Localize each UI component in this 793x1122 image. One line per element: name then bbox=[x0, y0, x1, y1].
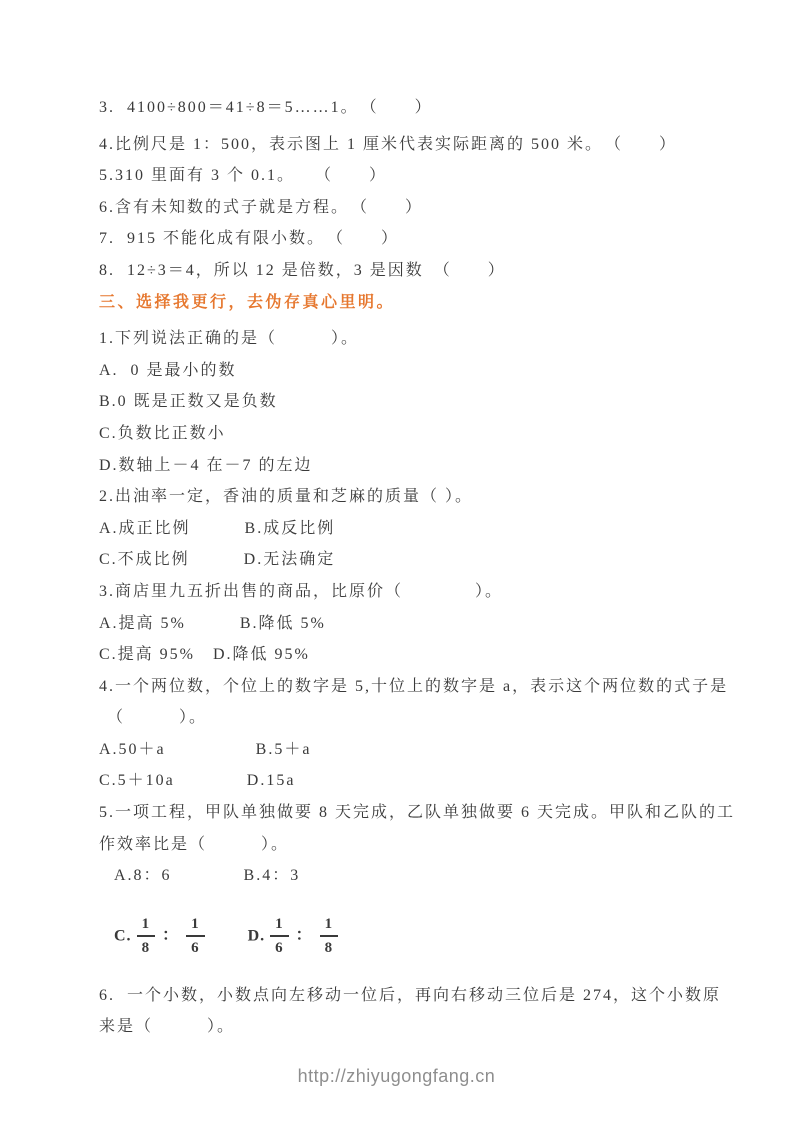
truefalse-item-4: 4.比例尺是 1：500，表示图上 1 厘米代表实际距离的 500 米。 （ ） bbox=[99, 129, 724, 161]
q1-stem: 1.下列说法正确的是（ ）。 bbox=[99, 323, 724, 355]
fraction-numerator: 1 bbox=[137, 915, 156, 937]
footer-url: http://zhiyugongfang.cn bbox=[0, 1066, 793, 1087]
fraction-numerator: 1 bbox=[270, 915, 289, 937]
q5-option-d-label: D. bbox=[248, 927, 266, 944]
q1-option-b: B.0 既是正数又是负数 bbox=[99, 386, 724, 418]
q1-option-a: A. 0 是最小的数 bbox=[99, 355, 724, 387]
q2-options-ab: A.成正比例 B.成反比例 bbox=[99, 513, 724, 545]
q1-option-c: C.负数比正数小 bbox=[99, 418, 724, 450]
fraction-d-second: 18 bbox=[320, 915, 339, 958]
q6-stem-line1: 6. 一个小数，小数点向左移动一位后，再向右移动三位后是 274，这个小数原 bbox=[99, 980, 724, 1012]
fraction-denominator: 6 bbox=[270, 937, 289, 958]
q4-stem-line1: 4.一个两位数，个位上的数字是 5,十位上的数字是 a，表示这个两位数的式子是 bbox=[99, 671, 724, 703]
q2-options-cd: C.不成比例 D.无法确定 bbox=[99, 544, 724, 576]
q5-stem-line1: 5.一项工程，甲队单独做要 8 天完成，乙队单独做要 6 天完成。甲队和乙队的工 bbox=[99, 797, 724, 829]
worksheet-content: 3. 4100÷800＝41÷8＝5……1。 （ ） 4.比例尺是 1：500，… bbox=[99, 92, 724, 1043]
fraction-c-second: 16 bbox=[186, 915, 205, 958]
truefalse-item-5: 5.310 里面有 3 个 0.1。 （ ） bbox=[99, 160, 724, 192]
fraction-denominator: 8 bbox=[320, 937, 339, 958]
q1-option-d: D.数轴上－4 在－7 的左边 bbox=[99, 450, 724, 482]
fraction-c-first: 18 bbox=[137, 915, 156, 958]
q3-options-ab: A.提高 5% B.降低 5% bbox=[99, 608, 724, 640]
fraction-numerator: 1 bbox=[320, 915, 339, 937]
ratio-colon: ： bbox=[162, 927, 179, 944]
fraction-denominator: 6 bbox=[186, 937, 205, 958]
q3-options-cd: C.提高 95% D.降低 95% bbox=[99, 639, 724, 671]
truefalse-item-8: 8. 12÷3＝4，所以 12 是倍数，3 是因数 （ ） bbox=[99, 255, 724, 287]
fraction-denominator: 8 bbox=[137, 937, 156, 958]
truefalse-item-6: 6.含有未知数的式子就是方程。 （ ） bbox=[99, 192, 724, 224]
truefalse-item-3: 3. 4100÷800＝41÷8＝5……1。 （ ） bbox=[99, 92, 724, 124]
q5-options-cd: C.18：16D.16：18 bbox=[99, 908, 724, 964]
q5-option-c-label: C. bbox=[114, 927, 132, 944]
q3-stem: 3.商店里九五折出售的商品，比原价（ ）。 bbox=[99, 576, 724, 608]
q2-stem: 2.出油率一定，香油的质量和芝麻的质量（ ）。 bbox=[99, 481, 724, 513]
q5-options-ab: A.8：6 B.4：3 bbox=[99, 860, 724, 892]
fraction-numerator: 1 bbox=[186, 915, 205, 937]
truefalse-item-7: 7. 915 不能化成有限小数。 （ ） bbox=[99, 223, 724, 255]
q4-options-cd: C.5＋10a D.15a bbox=[99, 765, 724, 797]
ratio-colon: ： bbox=[296, 927, 313, 944]
q5-stem-line2: 作效率比是（ ）。 bbox=[99, 829, 724, 861]
q6-stem-line2: 来是（ ）。 bbox=[99, 1011, 724, 1043]
fraction-d-first: 16 bbox=[270, 915, 289, 958]
q4-options-ab: A.50＋a B.5＋a bbox=[99, 734, 724, 766]
section-heading: 三、选择我更行，去伪存真心里明。 bbox=[99, 287, 724, 319]
q4-stem-line2: （ ）。 bbox=[99, 702, 724, 734]
